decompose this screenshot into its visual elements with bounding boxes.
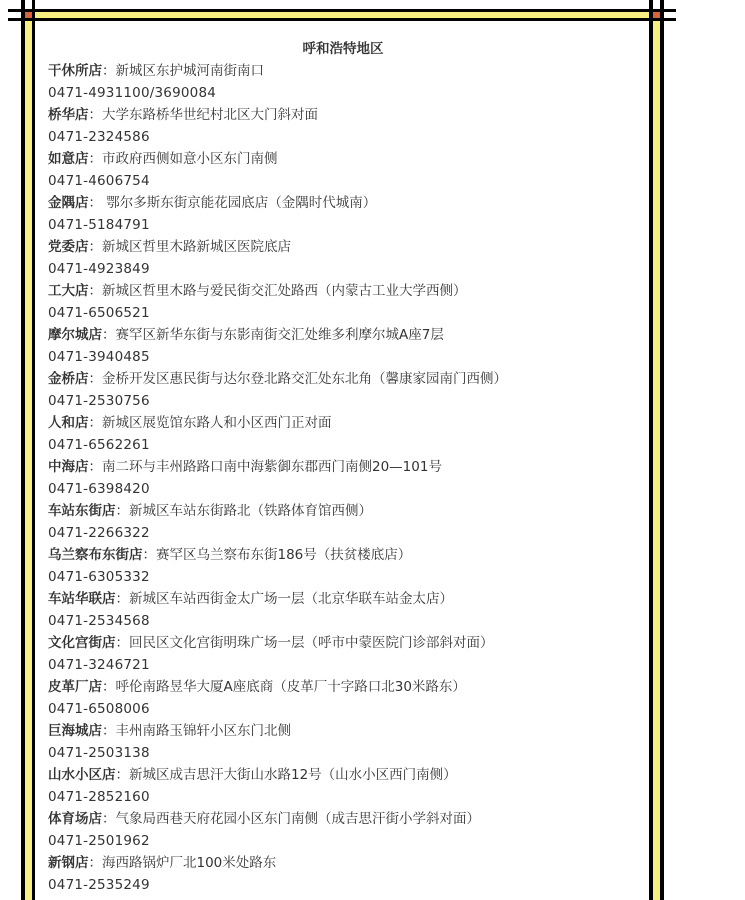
store-address: 海西路锅炉厂北100米处路东 — [102, 855, 276, 871]
store-address-line: 巨海城店：丰州南路玉锦轩小区东门北侧 — [48, 720, 638, 742]
frame-left-fill — [25, 21, 32, 900]
store-entry: 中海店：南二环与丰州路路口南中海紫御东郡西门南侧20—101号 0471-639… — [48, 456, 638, 500]
store-separator: ： — [89, 415, 103, 431]
store-entry: 党委店：新城区哲里木路新城区医院底店 0471-4923849 — [48, 236, 638, 280]
store-entry: 山水小区店：新城区成吉思汗大街山水路12号（山水小区西门南侧） 0471-285… — [48, 764, 638, 808]
store-address-line: 皮革厂店：呼伦南路昱华大厦A座底商（皮革厂十字路口北30米路东） — [48, 676, 638, 698]
store-entry: 金隅店： 鄂尔多斯东街京能花园底店（金隅时代城南） 0471-5184791 — [48, 192, 638, 236]
store-separator: ： — [143, 547, 157, 563]
store-separator: ： — [89, 107, 103, 123]
store-phone: 0471-2266322 — [48, 522, 638, 544]
store-phone: 0471-5184791 — [48, 214, 638, 236]
store-separator: ： — [102, 723, 116, 739]
store-address: 大学东路桥华世纪村北区大门斜对面 — [102, 107, 318, 123]
store-name: 车站华联店 — [48, 591, 116, 607]
store-address-line: 车站华联店：新城区车站西街金太广场一层（北京华联车站金太店） — [48, 588, 638, 610]
store-name: 中海店 — [48, 459, 89, 475]
store-address-line: 工大店：新城区哲里木路与爱民街交汇处路西（内蒙古工业大学西侧） — [48, 280, 638, 302]
store-address: 丰州南路玉锦轩小区东门北侧 — [116, 723, 292, 739]
store-address: 新城区东护城河南街南口 — [116, 63, 265, 79]
store-list-content: 呼和浩特地区 干休所店：新城区东护城河南街南口 0471-4931100/369… — [48, 38, 638, 896]
store-separator: ： — [89, 239, 103, 255]
frame-right-fill — [653, 21, 660, 900]
store-address-line: 干休所店：新城区东护城河南街南口 — [48, 60, 638, 82]
store-address-line: 车站东街店：新城区车站东街路北（铁路体育馆西侧） — [48, 500, 638, 522]
store-address: 新城区哲里木路新城区医院底店 — [102, 239, 291, 255]
store-address-line: 如意店：市政府西侧如意小区东门南侧 — [48, 148, 638, 170]
store-address-line: 乌兰察布东街店：赛罕区乌兰察布东街186号（扶贫楼底店） — [48, 544, 638, 566]
store-separator: ： — [102, 63, 116, 79]
store-name: 巨海城店 — [48, 723, 102, 739]
store-phone: 0471-4923849 — [48, 258, 638, 280]
store-address-line: 桥华店：大学东路桥华世纪村北区大门斜对面 — [48, 104, 638, 126]
store-name: 党委店 — [48, 239, 89, 255]
store-phone: 0471-2534568 — [48, 610, 638, 632]
store-address-line: 新钢店：海西路锅炉厂北100米处路东 — [48, 852, 638, 874]
store-name: 车站东街店 — [48, 503, 116, 519]
store-name: 新钢店 — [48, 855, 89, 871]
store-name: 体育场店 — [48, 811, 102, 827]
store-entry: 工大店：新城区哲里木路与爱民街交汇处路西（内蒙古工业大学西侧） 0471-650… — [48, 280, 638, 324]
store-address: 新城区哲里木路与爱民街交汇处路西（内蒙古工业大学西侧） — [102, 283, 467, 299]
store-phone: 0471-2324586 — [48, 126, 638, 148]
store-entry: 干休所店：新城区东护城河南街南口 0471-4931100/3690084 — [48, 60, 638, 104]
store-entry: 人和店：新城区展览馆东路人和小区西门正对面 0471-6562261 — [48, 412, 638, 456]
store-entry: 车站华联店：新城区车站西街金太广场一层（北京华联车站金太店） 0471-2534… — [48, 588, 638, 632]
frame-top-inner-line — [8, 18, 676, 21]
store-address-line: 金隅店： 鄂尔多斯东街京能花园底店（金隅时代城南） — [48, 192, 638, 214]
store-entry: 皮革厂店：呼伦南路昱华大厦A座底商（皮革厂十字路口北30米路东） 0471-65… — [48, 676, 638, 720]
store-address-line: 体育场店：气象局西巷天府花园小区东门南侧（成吉思汗街小学斜对面） — [48, 808, 638, 830]
store-list: 干休所店：新城区东护城河南街南口 0471-4931100/3690084 桥华… — [48, 60, 638, 896]
store-separator: ： — [89, 283, 103, 299]
store-separator: ： — [116, 503, 130, 519]
store-name: 金隅店 — [48, 195, 89, 211]
store-address-line: 摩尔城店：赛罕区新华东街与东影南街交汇处维多利摩尔城A座7层 — [48, 324, 638, 346]
frame-left-inner-line — [32, 0, 35, 900]
store-entry: 新钢店：海西路锅炉厂北100米处路东 0471-2535249 — [48, 852, 638, 896]
store-separator: ： — [102, 679, 116, 695]
store-address: 金桥开发区惠民街与达尔登北路交汇处东北角（馨康家园南门西侧） — [102, 371, 507, 387]
store-name: 摩尔城店 — [48, 327, 102, 343]
store-entry: 文化宫街店：回民区文化宫街明珠广场一层（呼市中蒙医院门诊部斜对面） 0471-3… — [48, 632, 638, 676]
store-phone: 0471-2852160 — [48, 786, 638, 808]
store-separator: ： — [89, 151, 103, 167]
store-address: 新城区车站东街路北（铁路体育馆西侧） — [129, 503, 372, 519]
frame-right-inner-line — [660, 0, 664, 900]
store-name: 皮革厂店 — [48, 679, 102, 695]
store-separator: ： — [89, 855, 103, 871]
store-phone: 0471-6508006 — [48, 698, 638, 720]
store-phone: 0471-2501962 — [48, 830, 638, 852]
store-address: 市政府西侧如意小区东门南侧 — [102, 151, 278, 167]
frame-corner-top-right — [653, 12, 660, 18]
store-entry: 巨海城店：丰州南路玉锦轩小区东门北侧 0471-2503138 — [48, 720, 638, 764]
store-phone: 0471-6506521 — [48, 302, 638, 324]
store-separator: ： — [89, 371, 103, 387]
store-address: 新城区成吉思汗大街山水路12号（山水小区西门南侧） — [129, 767, 457, 783]
store-separator: ： — [102, 327, 116, 343]
store-name: 乌兰察布东街店 — [48, 547, 143, 563]
store-phone: 0471-3246721 — [48, 654, 638, 676]
store-separator: ： — [116, 591, 130, 607]
store-entry: 摩尔城店：赛罕区新华东街与东影南街交汇处维多利摩尔城A座7层 0471-3940… — [48, 324, 638, 368]
store-name: 桥华店 — [48, 107, 89, 123]
store-phone: 0471-4931100/3690084 — [48, 82, 638, 104]
frame-corner-top-left — [25, 12, 32, 18]
store-address-line: 山水小区店：新城区成吉思汗大街山水路12号（山水小区西门南侧） — [48, 764, 638, 786]
store-address: 新城区车站西街金太广场一层（北京华联车站金太店） — [129, 591, 453, 607]
store-address: 鄂尔多斯东街京能花园底店（金隅时代城南） — [102, 195, 376, 211]
store-address-line: 中海店：南二环与丰州路路口南中海紫御东郡西门南侧20—101号 — [48, 456, 638, 478]
store-entry: 体育场店：气象局西巷天府花园小区东门南侧（成吉思汗街小学斜对面） 0471-25… — [48, 808, 638, 852]
store-address-line: 党委店：新城区哲里木路新城区医院底店 — [48, 236, 638, 258]
store-address: 呼伦南路昱华大厦A座底商（皮革厂十字路口北30米路东） — [116, 679, 466, 695]
store-phone: 0471-6398420 — [48, 478, 638, 500]
region-title: 呼和浩特地区 — [48, 38, 638, 60]
store-phone: 0471-4606754 — [48, 170, 638, 192]
store-phone: 0471-2503138 — [48, 742, 638, 764]
store-entry: 车站东街店：新城区车站东街路北（铁路体育馆西侧） 0471-2266322 — [48, 500, 638, 544]
store-separator: ： — [89, 459, 103, 475]
store-entry: 如意店：市政府西侧如意小区东门南侧 0471-4606754 — [48, 148, 638, 192]
store-entry: 金桥店：金桥开发区惠民街与达尔登北路交汇处东北角（馨康家园南门西侧） 0471-… — [48, 368, 638, 412]
store-phone: 0471-6562261 — [48, 434, 638, 456]
store-name: 金桥店 — [48, 371, 89, 387]
store-address: 新城区展览馆东路人和小区西门正对面 — [102, 415, 332, 431]
store-entry: 桥华店：大学东路桥华世纪村北区大门斜对面 0471-2324586 — [48, 104, 638, 148]
store-separator: ： — [102, 811, 116, 827]
store-entry: 乌兰察布东街店：赛罕区乌兰察布东街186号（扶贫楼底店） 0471-630533… — [48, 544, 638, 588]
store-phone: 0471-2535249 — [48, 874, 638, 896]
store-phone: 0471-6305332 — [48, 566, 638, 588]
store-address: 赛罕区新华东街与东影南街交汇处维多利摩尔城A座7层 — [116, 327, 444, 343]
store-name: 如意店 — [48, 151, 89, 167]
store-phone: 0471-2530756 — [48, 390, 638, 412]
store-name: 干休所店 — [48, 63, 102, 79]
store-address-line: 金桥店：金桥开发区惠民街与达尔登北路交汇处东北角（馨康家园南门西侧） — [48, 368, 638, 390]
store-separator: ： — [89, 195, 103, 211]
store-address: 气象局西巷天府花园小区东门南侧（成吉思汗街小学斜对面） — [116, 811, 481, 827]
store-phone: 0471-3940485 — [48, 346, 638, 368]
store-address-line: 文化宫街店：回民区文化宫街明珠广场一层（呼市中蒙医院门诊部斜对面） — [48, 632, 638, 654]
store-separator: ： — [116, 635, 130, 651]
store-address: 回民区文化宫街明珠广场一层（呼市中蒙医院门诊部斜对面） — [129, 635, 494, 651]
store-name: 文化宫街店 — [48, 635, 116, 651]
store-address: 南二环与丰州路路口南中海紫御东郡西门南侧20—101号 — [102, 459, 442, 475]
store-address: 赛罕区乌兰察布东街186号（扶贫楼底店） — [156, 547, 411, 563]
store-name: 人和店 — [48, 415, 89, 431]
store-name: 山水小区店 — [48, 767, 116, 783]
store-name: 工大店 — [48, 283, 89, 299]
store-address-line: 人和店：新城区展览馆东路人和小区西门正对面 — [48, 412, 638, 434]
store-separator: ： — [116, 767, 130, 783]
